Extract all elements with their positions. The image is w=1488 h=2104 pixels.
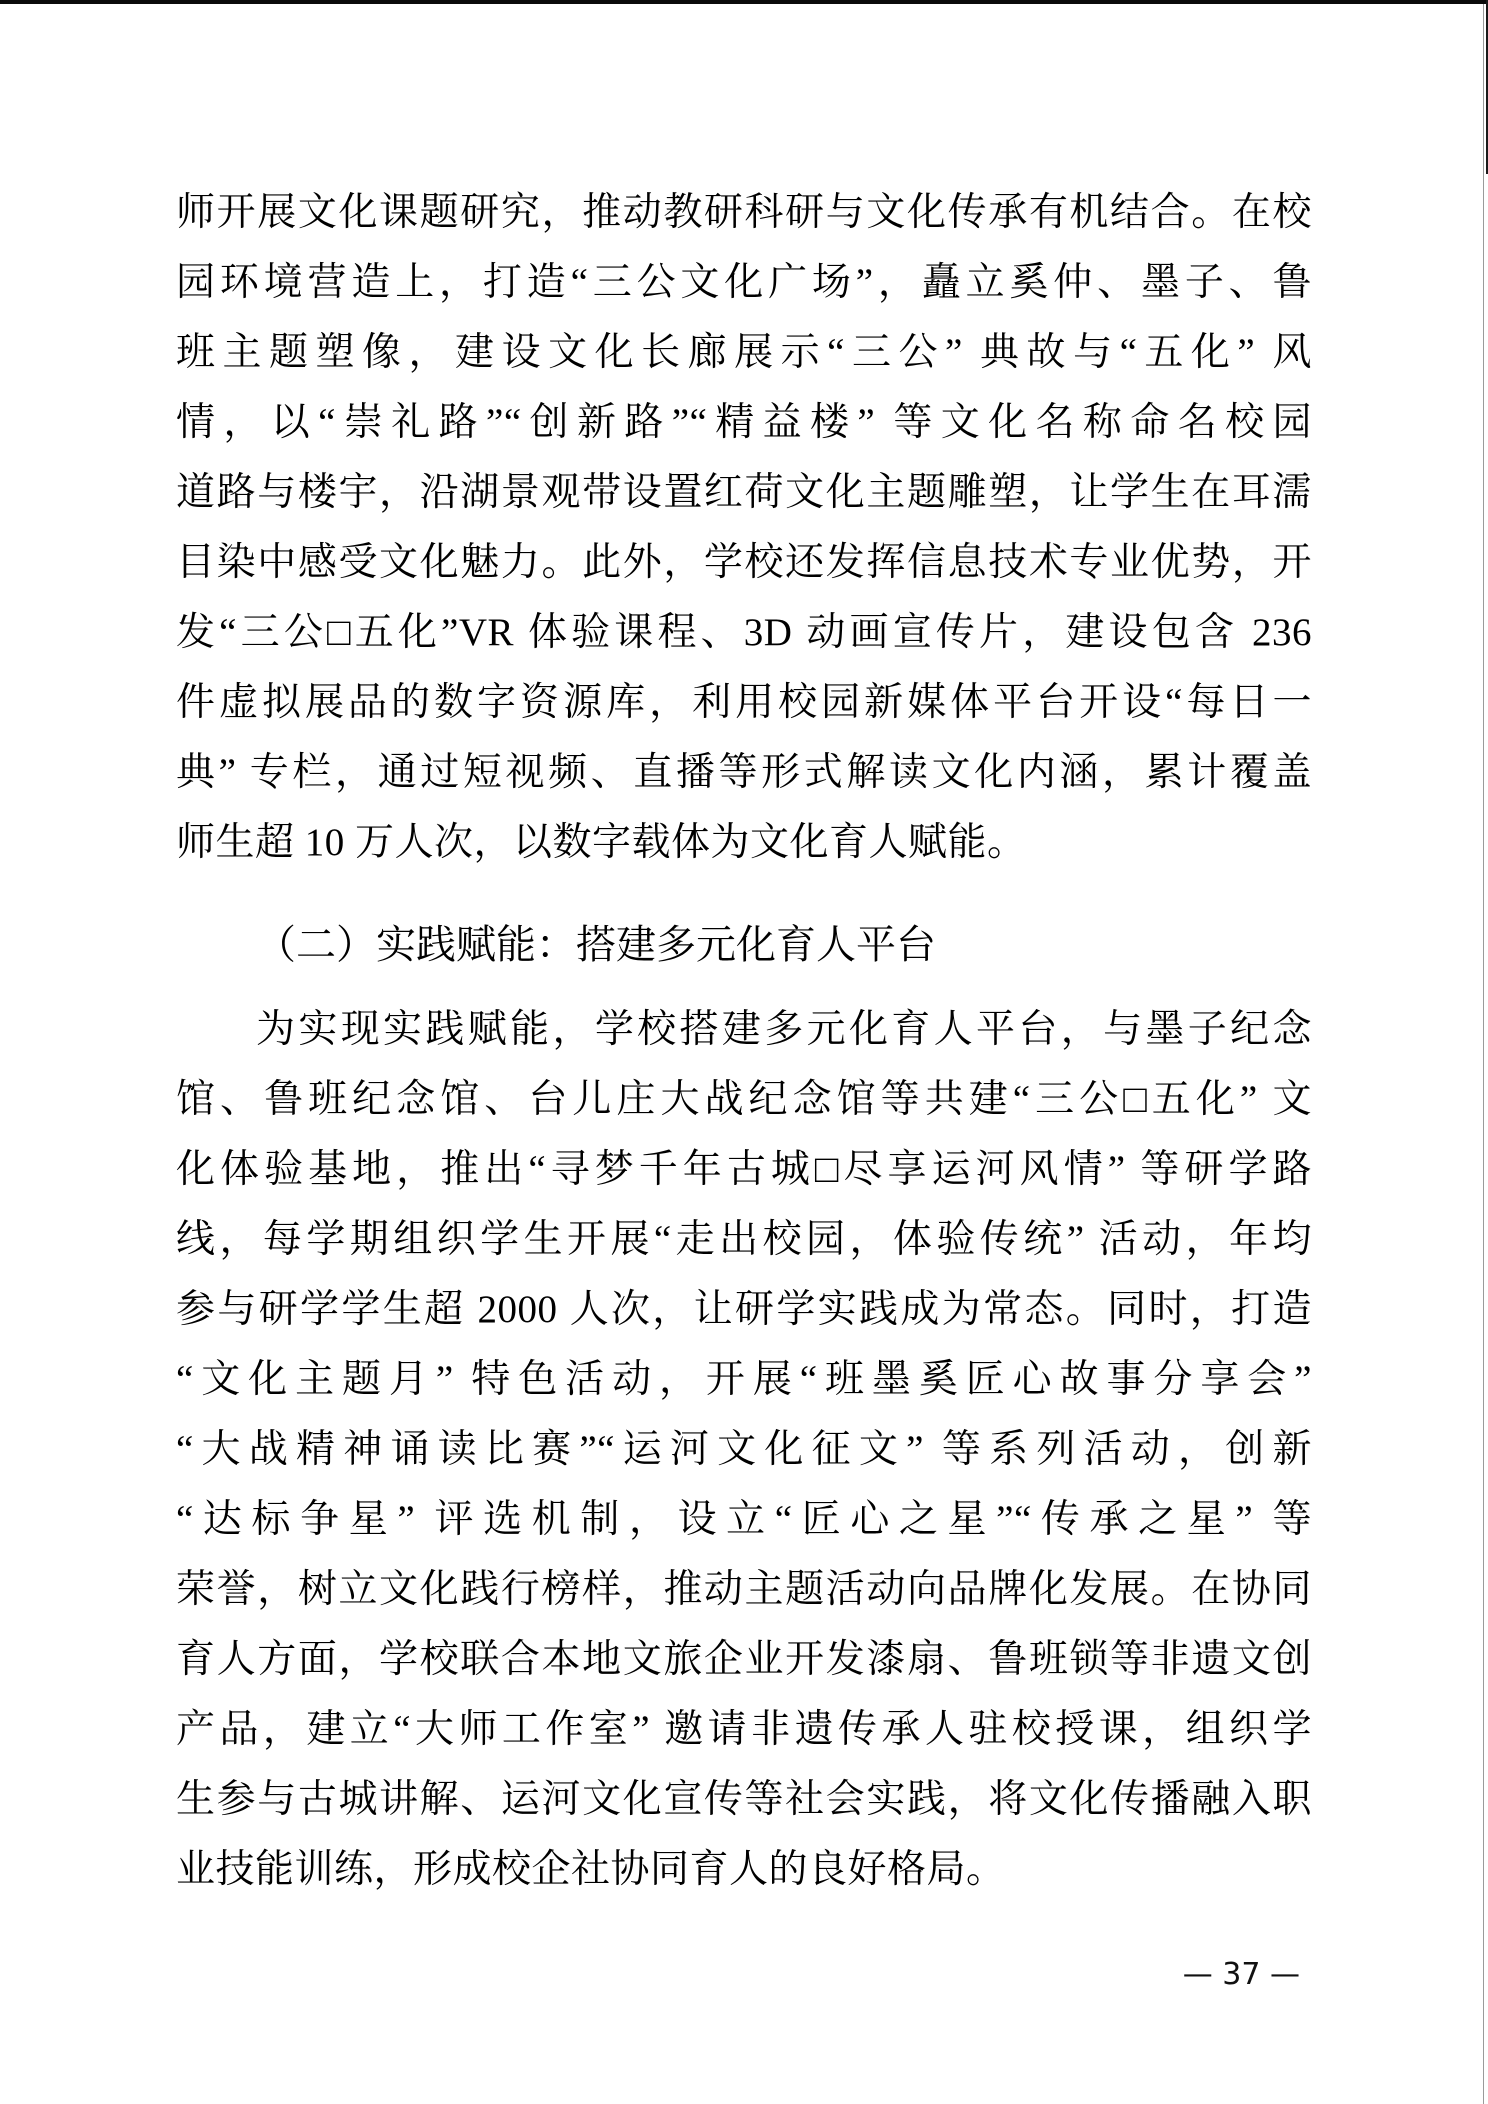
text-line: 件虚拟展品的数字资源库，利用校园新媒体平台开设“每日一 [176,668,1312,738]
text-line: 师生超 10 万人次，以数字载体为文化育人赋能。 [176,808,1312,878]
text-line: 生参与古城讲解、运河文化宣传等社会实践，将文化传播融入职 [176,1765,1312,1835]
text-line: 化体验基地，推出“寻梦千年古城□尽享运河风情” 等研学路 [176,1135,1312,1205]
document-page: 师开展文化课题研究，推动教研科研与文化传承有机结合。在校 园环境营造上，打造“三… [0,0,1488,2104]
text-line: 班主题塑像，建设文化长廊展示“三公” 典故与“五化” 风 [176,318,1312,388]
text-line: 典” 专栏，通过短视频、直播等形式解读文化内涵，累计覆盖 [176,738,1312,808]
page-content: 师开展文化课题研究，推动教研科研与文化传承有机结合。在校 园环境营造上，打造“三… [0,0,1488,1995]
text-line: 目染中感受文化魅力。此外，学校还发挥信息技术专业优势，开 [176,528,1312,598]
text-line: “文化主题月” 特色活动，开展“班墨奚匠心故事分享会” [176,1345,1312,1415]
text-line: 道路与楼宇，沿湖景观带设置红荷文化主题雕塑，让学生在耳濡 [176,458,1312,528]
text-line: 情，以“崇礼路”“创新路”“精益楼” 等文化名称命名校园 [176,388,1312,458]
text-line: “达标争星” 评选机制，设立“匠心之星”“传承之星” 等 [176,1485,1312,1555]
text-line: 育人方面，学校联合本地文旅企业开发漆扇、鲁班锁等非遗文创 [176,1625,1312,1695]
section-heading: （二）实践赋能：搭建多元化育人平台 [176,910,1312,980]
page-number: — 37 — [176,1955,1312,1995]
text-line: 线，每学期组织学生开展“走出校园，体验传统” 活动，年均 [176,1205,1312,1275]
page-right-edge-line [1483,4,1484,2104]
text-line: 发“三公□五化”VR 体验课程、3D 动画宣传片，建设包含 236 [176,598,1312,668]
text-line: 参与研学学生超 2000 人次，让研学实践成为常态。同时，打造 [176,1275,1312,1345]
text-line: 师开展文化课题研究，推动教研科研与文化传承有机结合。在校 [176,178,1312,248]
text-line: 业技能训练，形成校企社协同育人的良好格局。 [176,1835,1312,1905]
text-line: 馆、鲁班纪念馆、台儿庄大战纪念馆等共建“三公□五化” 文 [176,1065,1312,1135]
text-line: “大战精神诵读比赛”“运河文化征文” 等系列活动，创新 [176,1415,1312,1485]
text-line: 荣誉，树立文化践行榜样，推动主题活动向品牌化发展。在协同 [176,1555,1312,1625]
text-line: 园环境营造上，打造“三公文化广场”，矗立奚仲、墨子、鲁 [176,248,1312,318]
text-line: 为实现实践赋能，学校搭建多元化育人平台，与墨子纪念 [176,995,1312,1065]
text-line: 产品，建立“大师工作室” 邀请非遗传承人驻校授课，组织学 [176,1695,1312,1765]
